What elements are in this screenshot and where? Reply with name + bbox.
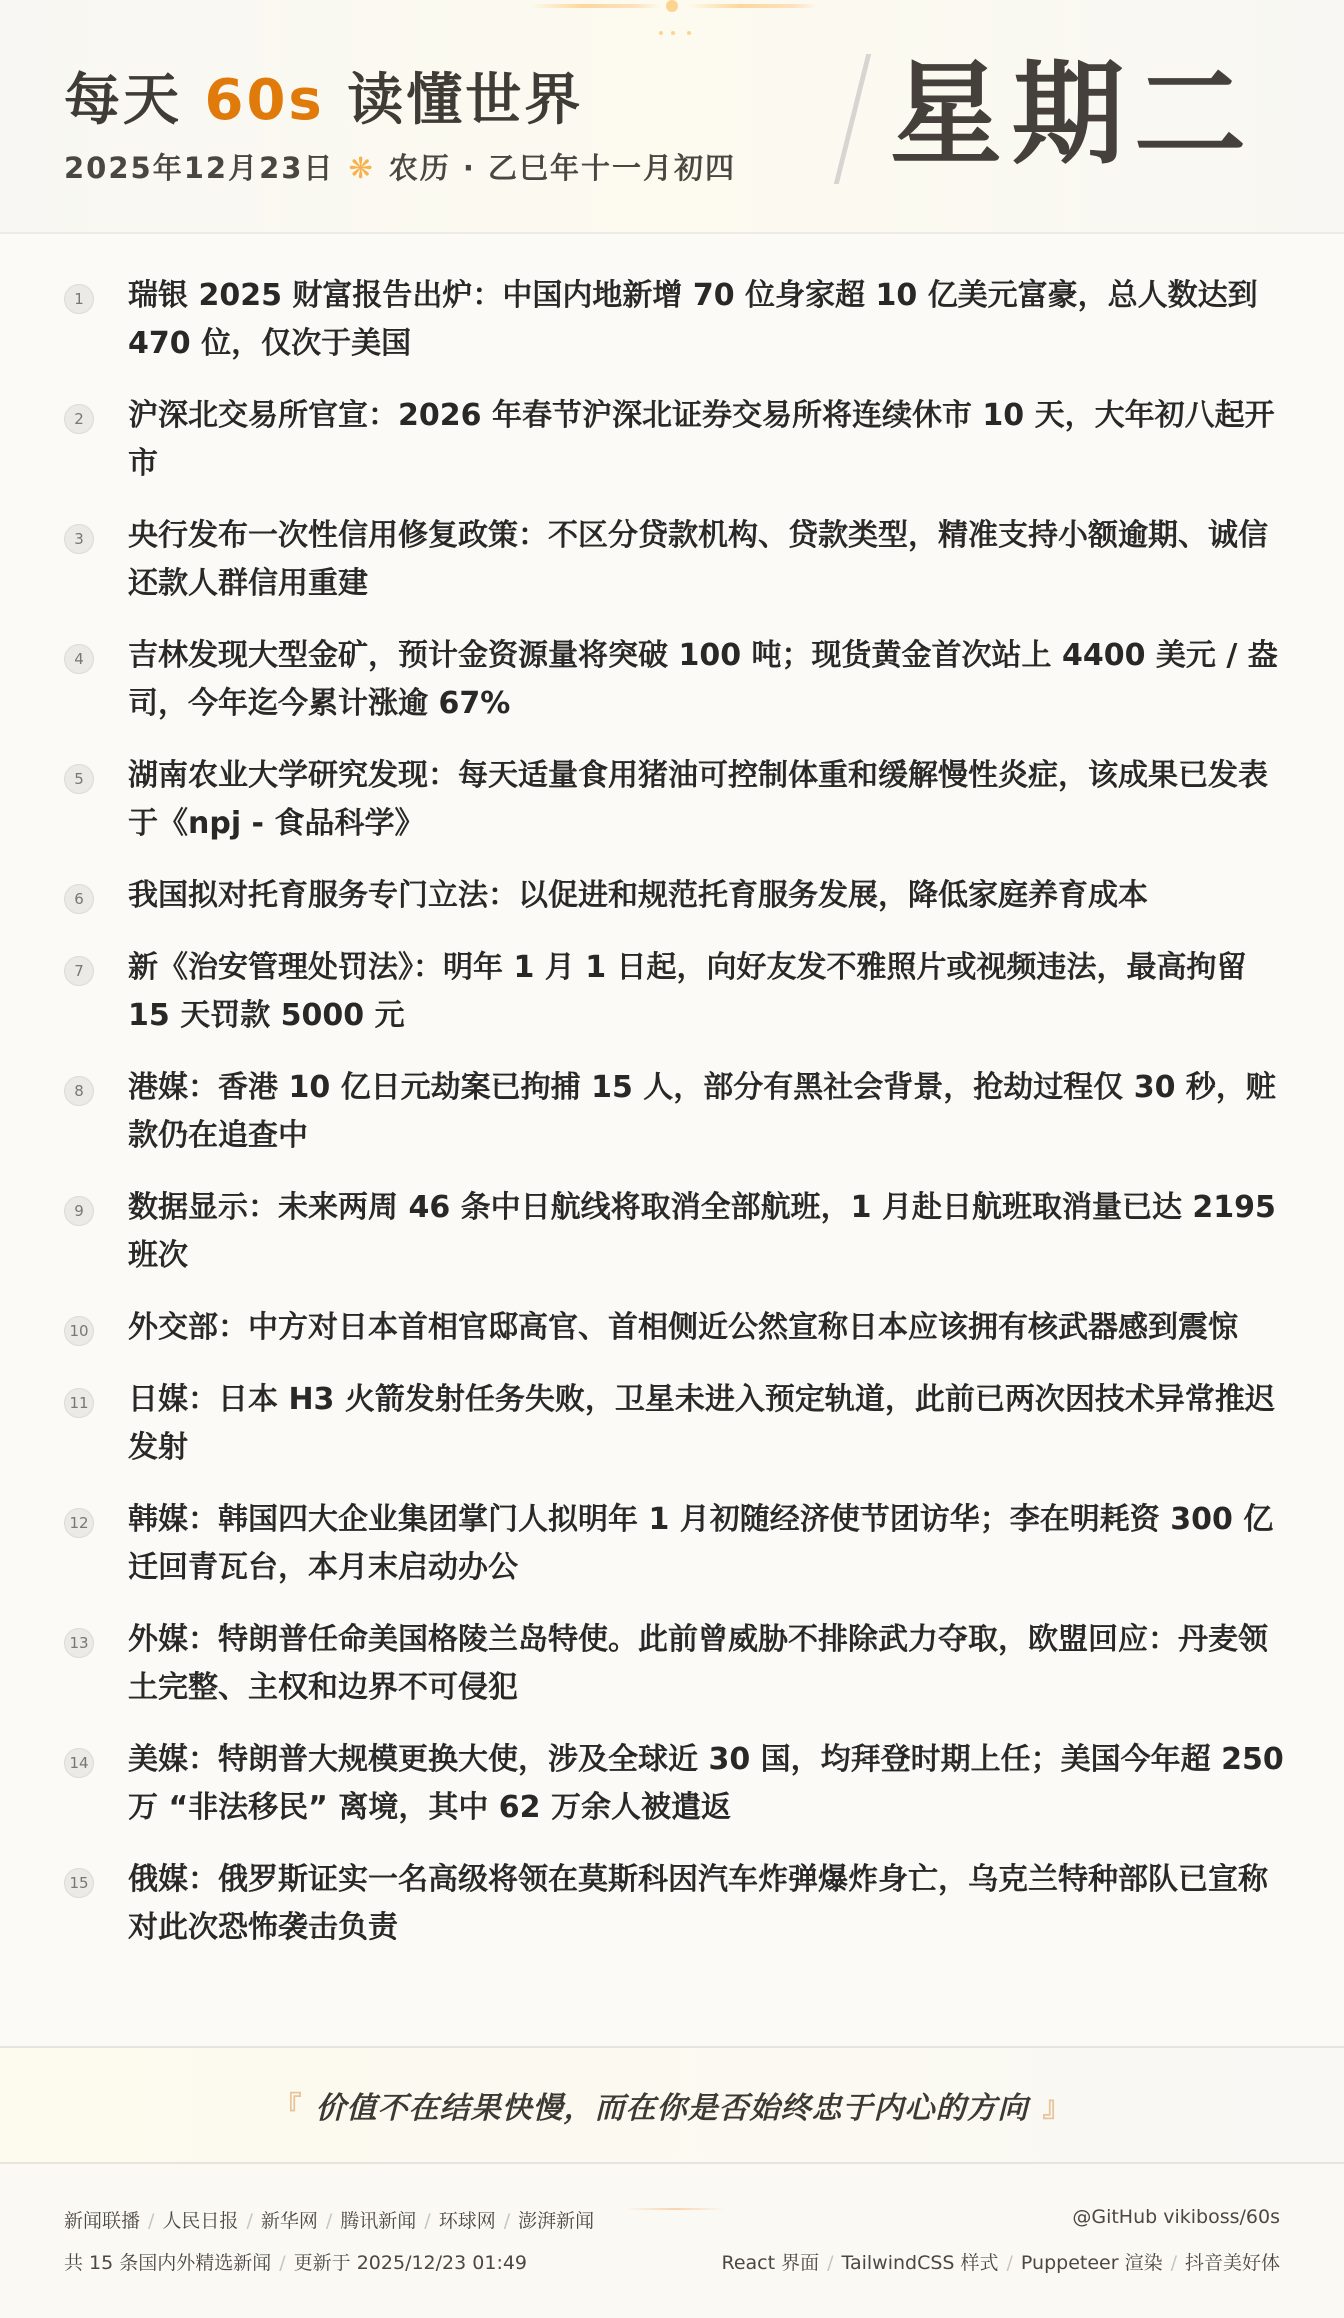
separator: / — [326, 2210, 332, 2232]
news-number-badge: 10 — [64, 1316, 94, 1346]
separator: / — [1171, 2252, 1177, 2274]
news-text: 数据显示：未来两周 46 条中日航线将取消全部航班，1 月赴日航班取消量已达 2… — [128, 1184, 1284, 1280]
news-source: 腾讯新闻 — [340, 2210, 416, 2232]
news-number-badge: 6 — [64, 884, 94, 914]
news-source: 新华网 — [261, 2210, 318, 2232]
tech-item: React 界面 — [721, 2252, 819, 2274]
decor-mini-dot — [659, 31, 663, 35]
top-decoration — [520, 0, 820, 40]
separator: / — [246, 2210, 252, 2232]
news-item: 4吉林发现大型金矿，预计金资源量将突破 100 吨；现货黄金首次站上 4400 … — [0, 632, 1344, 728]
news-item: 10外交部：中方对日本首相官邸高官、首相侧近公然宣称日本应该拥有核武器感到震惊 — [0, 1304, 1344, 1352]
news-source: 人民日报 — [162, 2210, 238, 2232]
news-item: 3央行发布一次性信用修复政策：不区分贷款机构、贷款类型，精准支持小额逾期、诚信还… — [0, 512, 1344, 608]
news-sources: 新闻联播/人民日报/新华网/腾讯新闻/环球网/澎湃新闻 — [64, 2206, 594, 2233]
news-item: 13外媒：特朗普任命美国格陵兰岛特使。此前曾威胁不排除武力夺取，欧盟回应：丹麦领… — [0, 1616, 1344, 1712]
news-text: 湖南农业大学研究发现：每天适量食用猪油可控制体重和缓解慢性炎症，该成果已发表于《… — [128, 752, 1284, 848]
title-accent: 60s — [205, 68, 325, 133]
weekday: 星期二 — [890, 48, 1256, 182]
separator: / — [279, 2252, 285, 2274]
decor-mini-dot — [671, 31, 675, 35]
tech-stack: React 界面/TailwindCSS 样式/Puppeteer 渲染/抖音美… — [721, 2248, 1280, 2275]
quote-open-bracket-icon: 『 — [273, 2085, 301, 2125]
news-number-badge: 9 — [64, 1196, 94, 1226]
news-text: 央行发布一次性信用修复政策：不区分贷款机构、贷款类型，精准支持小额逾期、诚信还款… — [128, 512, 1284, 608]
news-number-badge: 15 — [64, 1868, 94, 1898]
news-text: 外媒：特朗普任命美国格陵兰岛特使。此前曾威胁不排除武力夺取，欧盟回应：丹麦领土完… — [128, 1616, 1284, 1712]
gregorian-date: 2025年12月23日 — [64, 151, 334, 185]
news-item: 7新《治安管理处罚法》：明年 1 月 1 日起，向好友发不雅照片或视频违法，最高… — [0, 944, 1344, 1040]
news-text: 日媒：日本 H3 火箭发射任务失败，卫星未进入预定轨道，此前已两次因技术异常推迟… — [128, 1376, 1284, 1472]
separator: / — [504, 2210, 510, 2232]
decor-line-left — [530, 4, 660, 8]
date-line: 2025年12月23日❋农历 · 乙巳年十一月初四 — [64, 146, 736, 187]
news-text: 瑞银 2025 财富报告出炉：中国内地新增 70 位身家超 10 亿美元富豪，总… — [128, 272, 1284, 368]
news-text: 我国拟对托育服务专门立法：以促进和规范托育服务发展，降低家庭养育成本 — [128, 872, 1284, 920]
news-text: 新《治安管理处罚法》：明年 1 月 1 日起，向好友发不雅照片或视频违法，最高拘… — [128, 944, 1284, 1040]
news-text: 外交部：中方对日本首相官邸高官、首相侧近公然宣称日本应该拥有核武器感到震惊 — [128, 1304, 1284, 1352]
news-source: 环球网 — [439, 2210, 496, 2232]
news-source: 新闻联播 — [64, 2210, 140, 2232]
separator: / — [1007, 2252, 1013, 2274]
title-prefix: 每天 — [64, 68, 205, 133]
news-item: 15俄媒：俄罗斯证实一名高级将领在莫斯科因汽车炸弹爆炸身亡，乌克兰特种部队已宣称… — [0, 1856, 1344, 1952]
news-item: 12韩媒：韩国四大企业集团掌门人拟明年 1 月初随经济使节团访华；李在明耗资 3… — [0, 1496, 1344, 1592]
news-number-badge: 7 — [64, 956, 94, 986]
decor-line-right — [688, 4, 818, 8]
footer: 新闻联播/人民日报/新华网/腾讯新闻/环球网/澎湃新闻 共 15 条国内外精选新… — [0, 2164, 1344, 2318]
news-text: 美媒：特朗普大规模更换大使，涉及全球近 30 国，均拜登时期上任；美国今年超 2… — [128, 1736, 1284, 1832]
quote-close-bracket-icon: 』 — [1043, 2085, 1071, 2125]
news-list: 1瑞银 2025 财富报告出炉：中国内地新增 70 位身家超 10 亿美元富豪，… — [0, 272, 1344, 1976]
news-item: 14美媒：特朗普大规模更换大使，涉及全球近 30 国，均拜登时期上任；美国今年超… — [0, 1736, 1344, 1832]
footer-decoration — [625, 2208, 725, 2210]
tech-item: Puppeteer 渲染 — [1021, 2252, 1163, 2274]
news-item: 5湖南农业大学研究发现：每天适量食用猪油可控制体重和缓解慢性炎症，该成果已发表于… — [0, 752, 1344, 848]
news-item: 6我国拟对托育服务专门立法：以促进和规范托育服务发展，降低家庭养育成本 — [0, 872, 1344, 920]
news-number-badge: 1 — [64, 284, 94, 314]
news-number-badge: 8 — [64, 1076, 94, 1106]
news-text: 韩媒：韩国四大企业集团掌门人拟明年 1 月初随经济使节团访华；李在明耗资 300… — [128, 1496, 1284, 1592]
divider-slash — [834, 54, 871, 184]
news-meta: 共 15 条国内外精选新闻/更新于 2025/12/23 01:49 — [64, 2248, 527, 2275]
separator: / — [827, 2252, 833, 2274]
separator: / — [424, 2210, 430, 2232]
news-source: 澎湃新闻 — [518, 2210, 594, 2232]
news-number-badge: 5 — [64, 764, 94, 794]
quote-band: 『 价值不在结果快慢，而在你是否始终忠于内心的方向 』 — [0, 2046, 1344, 2164]
news-number-badge: 11 — [64, 1388, 94, 1418]
header: 每天 60s 读懂世界 2025年12月23日❋农历 · 乙巳年十一月初四 星期… — [0, 0, 1344, 234]
news-count: 共 15 条国内外精选新闻 — [64, 2252, 271, 2274]
page-title: 每天 60s 读懂世界 — [64, 56, 583, 136]
title-suffix: 读懂世界 — [325, 68, 584, 133]
news-number-badge: 3 — [64, 524, 94, 554]
decor-mini-dot — [687, 31, 691, 35]
news-text: 沪深北交易所官宣：2026 年春节沪深北证券交易所将连续休市 10 天，大年初八… — [128, 392, 1284, 488]
daily-quote: 价值不在结果快慢，而在你是否始终忠于内心的方向 — [316, 2083, 1029, 2127]
lunar-date: 农历 · 乙巳年十一月初四 — [389, 151, 736, 185]
tech-item: 抖音美好体 — [1185, 2252, 1280, 2274]
news-item: 9数据显示：未来两周 46 条中日航线将取消全部航班，1 月赴日航班取消量已达 … — [0, 1184, 1344, 1280]
news-item: 2沪深北交易所官宣：2026 年春节沪深北证券交易所将连续休市 10 天，大年初… — [0, 392, 1344, 488]
news-number-badge: 12 — [64, 1508, 94, 1538]
updated-time: 更新于 2025/12/23 01:49 — [294, 2252, 527, 2274]
news-item: 1瑞银 2025 财富报告出炉：中国内地新增 70 位身家超 10 亿美元富豪，… — [0, 272, 1344, 368]
news-item: 8港媒：香港 10 亿日元劫案已拘捕 15 人，部分有黑社会背景，抢劫过程仅 3… — [0, 1064, 1344, 1160]
star-icon: ❋ — [348, 151, 374, 185]
decor-dot — [666, 0, 678, 12]
news-text: 俄媒：俄罗斯证实一名高级将领在莫斯科因汽车炸弹爆炸身亡，乌克兰特种部队已宣称对此… — [128, 1856, 1284, 1952]
news-number-badge: 14 — [64, 1748, 94, 1778]
news-number-badge: 13 — [64, 1628, 94, 1658]
news-text: 港媒：香港 10 亿日元劫案已拘捕 15 人，部分有黑社会背景，抢劫过程仅 30… — [128, 1064, 1284, 1160]
news-item: 11日媒：日本 H3 火箭发射任务失败，卫星未进入预定轨道，此前已两次因技术异常… — [0, 1376, 1344, 1472]
news-text: 吉林发现大型金矿，预计金资源量将突破 100 吨；现货黄金首次站上 4400 美… — [128, 632, 1284, 728]
tech-item: TailwindCSS 样式 — [842, 2252, 999, 2274]
github-credit[interactable]: @GitHub vikiboss/60s — [1072, 2206, 1280, 2228]
news-number-badge: 4 — [64, 644, 94, 674]
separator: / — [148, 2210, 154, 2232]
news-number-badge: 2 — [64, 404, 94, 434]
